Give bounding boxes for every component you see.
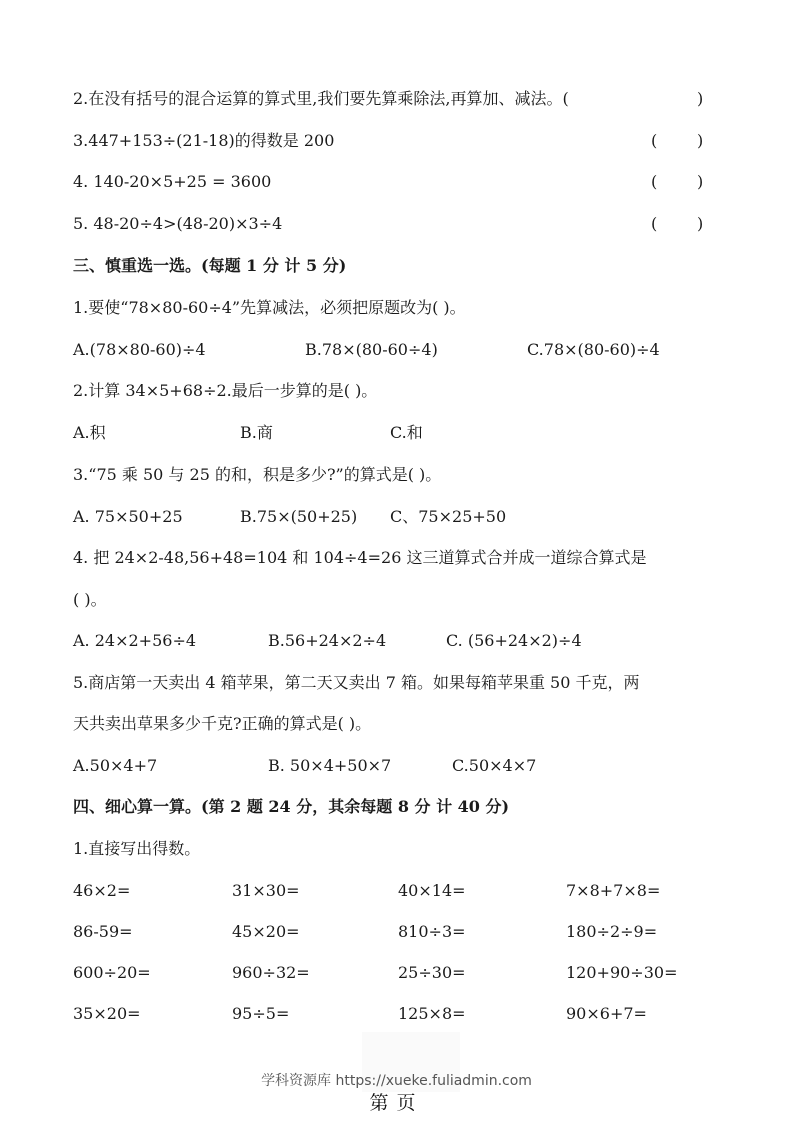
calc-problem: 90×6+7= — [566, 1004, 647, 1024]
choice-q2-option-c[interactable]: C.和 — [390, 423, 423, 443]
choice-q4-stem: 4. 把 24×2-48,56+48=104 和 104÷4=26 这三道算式合… — [73, 548, 646, 568]
calc-problem: 86-59= — [73, 922, 133, 942]
choice-q5-stem: 5.商店第一天卖出 4 箱苹果，第二天又卖出 7 箱。如果每箱苹果重 50 千克… — [73, 673, 640, 693]
choice-q5-stem-cont: 天共卖出草果多少千克?正确的算式是( )。 — [73, 714, 371, 734]
source-watermark: 学科资源库 https://xueke.fuliadmin.com — [0, 1070, 793, 1090]
calc-problem: 600÷20= — [73, 963, 151, 983]
answer-blank-close[interactable]: ) — [697, 89, 703, 109]
calc-problem: 810÷3= — [398, 922, 466, 942]
choice-q5-option-a[interactable]: A.50×4+7 — [73, 756, 157, 776]
choice-q2-stem: 2.计算 34×5+68÷2.最后一步算的是( )。 — [73, 381, 377, 401]
choice-q3-option-b[interactable]: B.75×(50+25) — [240, 507, 357, 527]
choice-q2-option-a[interactable]: A.积 — [73, 423, 106, 443]
calc-problem: 31×30= — [232, 881, 300, 901]
calc-problem: 180÷2÷9= — [566, 922, 657, 942]
choice-q1-option-a[interactable]: A.(78×80-60)÷4 — [73, 340, 206, 360]
answer-blank-open[interactable]: ( — [651, 131, 657, 151]
answer-blank-close[interactable]: ) — [697, 131, 703, 151]
calc-problem: 7×8+7×8= — [566, 881, 660, 901]
calc-problem: 120+90÷30= — [566, 963, 677, 983]
choice-q4-option-b[interactable]: B.56+24×2÷4 — [268, 631, 386, 651]
choice-q4-stem-cont: ( )。 — [73, 590, 107, 610]
choice-q5-option-b[interactable]: B. 50×4+50×7 — [268, 756, 391, 776]
calc-problem: 95÷5= — [232, 1004, 289, 1024]
calc-problem: 35×20= — [73, 1004, 141, 1024]
choice-q3-option-a[interactable]: A. 75×50+25 — [73, 507, 183, 527]
page-number-label: 第页 — [0, 1088, 793, 1115]
calc-problem: 960÷32= — [232, 963, 310, 983]
choice-q3-stem: 3.“75 乘 50 与 25 的和，积是多少?”的算式是( )。 — [73, 465, 441, 485]
choice-q4-option-c[interactable]: C. (56+24×2)÷4 — [446, 631, 582, 651]
answer-blank-close[interactable]: ) — [697, 172, 703, 192]
judge-item-2: 2.在没有括号的混合运算的算式里,我们要先算乘除法,再算加、减法。( — [73, 89, 569, 109]
judge-item-4: 4. 140-20×5+25 = 3600 — [73, 172, 271, 192]
judge-item-5: 5. 48-20÷4>(48-20)×3÷4 — [73, 214, 282, 234]
calc-q1-label: 1.直接写出得数。 — [73, 839, 200, 859]
choice-q1-stem: 1.要使“78×80-60÷4”先算减法，必须把原题改为( )。 — [73, 298, 466, 318]
choice-q3-option-c[interactable]: C、75×25+50 — [390, 507, 506, 527]
choice-q1-option-c[interactable]: C.78×(80-60)÷4 — [527, 340, 660, 360]
calc-problem: 40×14= — [398, 881, 466, 901]
answer-blank-open[interactable]: ( — [651, 214, 657, 234]
judge-item-3: 3.447+153÷(21-18)的得数是 200 — [73, 131, 334, 151]
calc-problem: 25÷30= — [398, 963, 466, 983]
calc-problem: 45×20= — [232, 922, 300, 942]
answer-blank-open[interactable]: ( — [651, 172, 657, 192]
section-4-title: 四、细心算一算。(第 2 题 24 分，其余每题 8 分 计 40 分) — [73, 797, 509, 817]
choice-q2-option-b[interactable]: B.商 — [240, 423, 273, 443]
choice-q5-option-c[interactable]: C.50×4×7 — [452, 756, 536, 776]
calc-problem: 46×2= — [73, 881, 130, 901]
calc-problem: 125×8= — [398, 1004, 466, 1024]
choice-q4-option-a[interactable]: A. 24×2+56÷4 — [73, 631, 196, 651]
choice-q1-option-b[interactable]: B.78×(80-60÷4) — [305, 340, 438, 360]
section-3-title: 三、慎重选一选。(每题 1 分 计 5 分) — [73, 256, 346, 276]
answer-blank-close[interactable]: ) — [697, 214, 703, 234]
